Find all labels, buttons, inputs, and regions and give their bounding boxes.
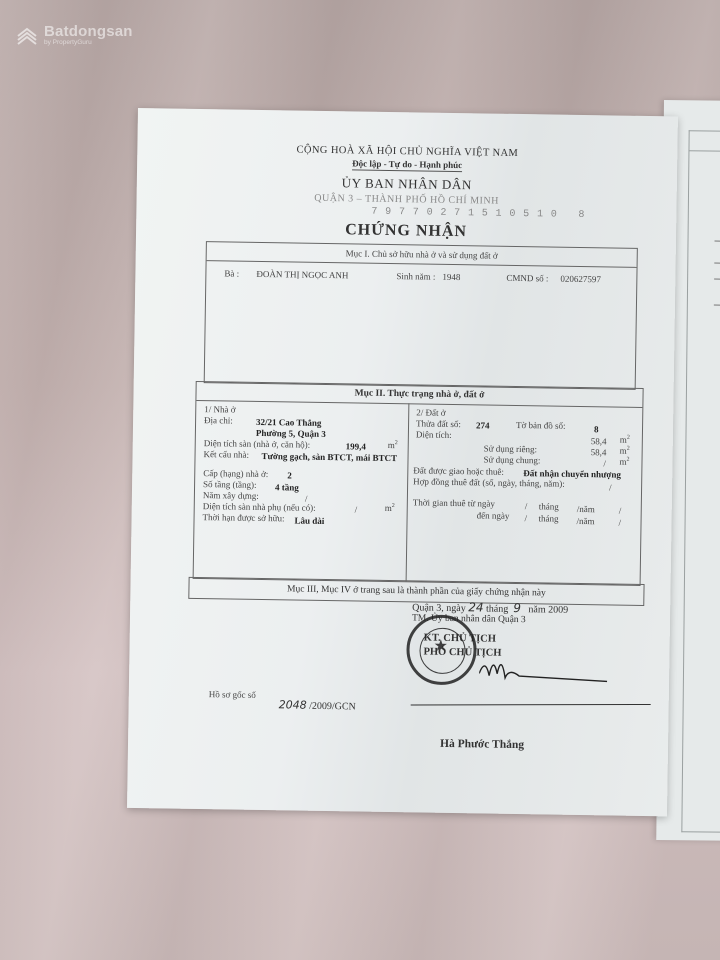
land-area-label: Diện tích: xyxy=(416,429,452,440)
birth-label: Sinh năm : xyxy=(396,271,435,282)
section-owner: Mục I. Chủ sở hữu nhà ở và sử dụng đất ở… xyxy=(204,241,638,390)
id-label: CMND số : xyxy=(506,273,548,284)
lease-from-year-label: /năm xyxy=(577,504,595,514)
lease-from-label: Thời gian thuê từ ngày xyxy=(413,497,495,508)
allocation-label: Đất được giao hoặc thuê: xyxy=(413,465,504,476)
floors-label: Số tầng (tầng): xyxy=(203,479,257,490)
id-number: 020627597 xyxy=(560,274,601,285)
file-number: 2048 /2009/GCN xyxy=(279,698,356,712)
floors-value: 4 tầng xyxy=(275,482,299,492)
lease-from-year: / xyxy=(619,506,622,516)
batdongsan-logo-icon xyxy=(16,25,38,47)
lease-from-month-label: tháng xyxy=(539,501,559,511)
grade-label: Cấp (hạng) nhà ở: xyxy=(203,468,268,479)
land-area-unit: m2 xyxy=(620,435,630,445)
private-use-unit: m2 xyxy=(620,446,630,456)
private-use-value: 58,4 xyxy=(591,447,607,457)
floor-area-label: Diện tích sàn (nhà ở, căn hộ): xyxy=(204,438,311,450)
common-use-label: Sử dụng chung: xyxy=(483,454,540,465)
serial-number: 79770271510510 8 xyxy=(371,207,592,221)
ownership-term-value: Lâu dài xyxy=(294,516,324,526)
signature-icon xyxy=(479,653,609,685)
floor-area-value: 199,4 xyxy=(346,441,366,451)
aux-area-unit: m2 xyxy=(385,503,395,513)
address-line2: Phường 5, Quận 3 xyxy=(256,428,326,439)
watermark: Batdongsan by PropertyGuru xyxy=(16,24,133,47)
owner-label: Bà : xyxy=(224,268,239,278)
house-title: 1/ Nhà ở xyxy=(204,404,235,414)
private-use-label: Sử dụng riêng: xyxy=(484,443,538,454)
year-built-label: Năm xây dựng: xyxy=(203,490,259,501)
watermark-sub: by PropertyGuru xyxy=(44,39,133,47)
lease-to-month-label: tháng xyxy=(539,513,559,523)
lease-to-year-label: /năm xyxy=(576,516,594,526)
grade-value: 2 xyxy=(287,470,292,480)
signer-name: Hà Phước Thắng xyxy=(440,738,524,751)
watermark-brand: Batdongsan xyxy=(44,24,133,39)
address-label: Địa chỉ: xyxy=(204,415,233,425)
birth-year: 1948 xyxy=(442,272,460,282)
lease-contract-value: / xyxy=(609,482,612,492)
common-use-value: / xyxy=(603,458,606,468)
motto: Độc lập - Tự do - Hạnh phúc xyxy=(352,158,462,172)
aux-area-label: Diện tích sàn nhà phụ (nếu có): xyxy=(203,501,316,513)
floor-area-unit: m2 xyxy=(388,440,398,450)
owner-name: ĐOÀN THỊ NGỌC ANH xyxy=(256,269,348,280)
signing-month: 9 xyxy=(513,601,521,615)
land-title: 2/ Đất ở xyxy=(416,407,445,417)
map-sheet-value: 8 xyxy=(594,424,599,434)
structure-value: Tường gạch, sàn BTCT, mái BTCT xyxy=(261,451,397,463)
address-line1: 32/21 Cao Thắng xyxy=(256,417,322,428)
lease-to-year: / xyxy=(618,518,621,528)
signing-day: 24 xyxy=(468,600,483,614)
lease-to-label: đến ngày xyxy=(477,510,510,521)
map-sheet-label: Tờ bản đồ số: xyxy=(516,420,566,431)
section-owner-heading: Mục I. Chủ sở hữu nhà ở và sử dụng đất ở xyxy=(207,242,637,268)
signature-line xyxy=(411,704,651,705)
aux-area-value: / xyxy=(355,504,358,514)
signing-year: 2009 xyxy=(548,605,568,616)
official-seal-icon: ★ xyxy=(406,614,477,685)
parcel-label: Thửa đất số: xyxy=(416,418,461,429)
file-label: Hồ sơ gốc số xyxy=(209,689,256,700)
lease-contract-label: Hợp đồng thuê đất (số, ngày, tháng, năm)… xyxy=(413,476,565,488)
section-property: Mục II. Thực trạng nhà ở, đất ở 1/ Nhà ở… xyxy=(193,381,644,586)
lease-from-day: / xyxy=(525,501,528,511)
certificate-page: CỘNG HOÀ XÃ HỘI CHỦ NGHĨA VIỆT NAM Độc l… xyxy=(127,108,678,816)
structure-label: Kết cấu nhà: xyxy=(203,449,249,460)
ownership-term-label: Thời hạn được sở hữu: xyxy=(203,512,285,523)
common-use-unit: m2 xyxy=(619,457,629,467)
lease-to-day: / xyxy=(525,513,528,523)
parcel-value: 274 xyxy=(476,420,490,430)
land-area-value: 58,4 xyxy=(591,436,607,446)
